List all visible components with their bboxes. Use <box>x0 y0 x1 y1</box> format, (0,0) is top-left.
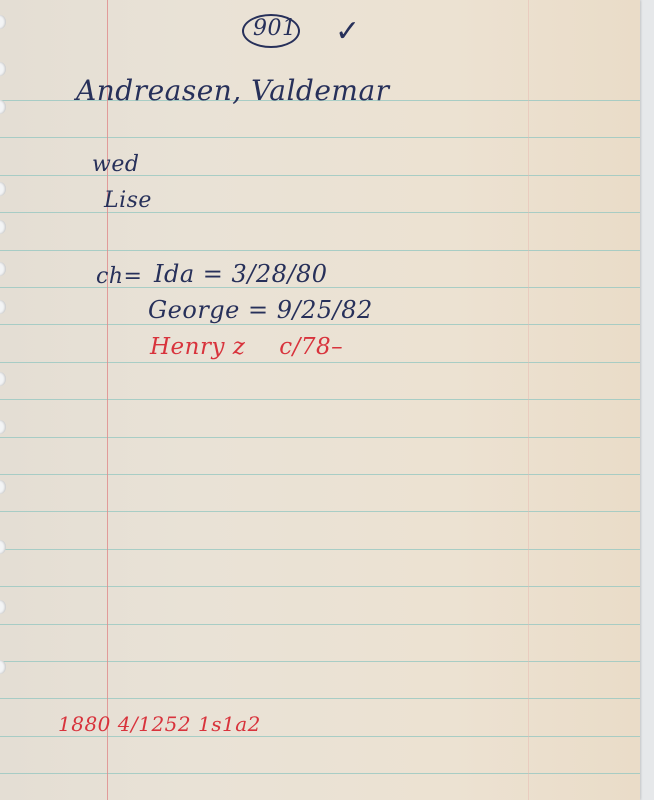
child-name: George <box>148 296 240 324</box>
left-margin-line <box>107 0 108 800</box>
rule-line <box>0 586 640 587</box>
punch-hole <box>0 660 6 674</box>
equals-sign: = <box>248 296 269 324</box>
child-date: c/78– <box>279 334 343 360</box>
record-number: 901 <box>253 16 297 41</box>
rule-line <box>0 474 640 475</box>
punch-hole <box>0 540 6 554</box>
rule-line <box>0 324 640 325</box>
child-name: Henry <box>150 334 225 360</box>
spouse-label: wed <box>92 152 139 177</box>
rule-line <box>0 773 640 774</box>
equals-sign: = <box>203 260 224 288</box>
punch-hole <box>0 220 6 234</box>
child-row: Ida = 3/28/80 <box>154 260 328 288</box>
punch-hole <box>0 480 6 494</box>
child-date: 3/28/80 <box>232 260 328 288</box>
equals-sign: z <box>233 334 246 360</box>
punch-hole <box>0 15 6 29</box>
child-date: 9/25/82 <box>277 296 373 324</box>
punch-hole <box>0 182 6 196</box>
rule-line <box>0 250 640 251</box>
rule-line <box>0 212 640 213</box>
rule-line <box>0 399 640 400</box>
rule-line <box>0 137 640 138</box>
rule-line <box>0 624 640 625</box>
punch-hole <box>0 372 6 386</box>
punch-hole <box>0 62 6 76</box>
check-mark-icon: ✓ <box>335 14 360 49</box>
person-name: Andreasen, Valdemar <box>76 74 390 107</box>
children-label: ch= <box>96 264 142 289</box>
spouse-name: Lise <box>104 188 152 213</box>
rule-line <box>0 549 640 550</box>
right-margin-line <box>528 0 529 800</box>
rule-line <box>0 698 640 699</box>
punch-hole <box>0 300 6 314</box>
punch-hole <box>0 262 6 276</box>
punch-hole <box>0 100 6 114</box>
rule-line <box>0 511 640 512</box>
rule-line <box>0 437 640 438</box>
punch-hole <box>0 600 6 614</box>
child-row: George = 9/25/82 <box>148 296 373 324</box>
rule-line <box>0 736 640 737</box>
rule-line <box>0 661 640 662</box>
child-name: Ida <box>154 260 195 288</box>
child-row: Henry z c/78– <box>150 334 343 360</box>
rule-line <box>0 362 640 363</box>
footer-note: 1880 4/1252 1s1a2 <box>58 712 261 736</box>
notebook-page: 901 ✓ Andreasen, Valdemar wed Lise ch= I… <box>0 0 640 800</box>
punch-hole <box>0 420 6 434</box>
